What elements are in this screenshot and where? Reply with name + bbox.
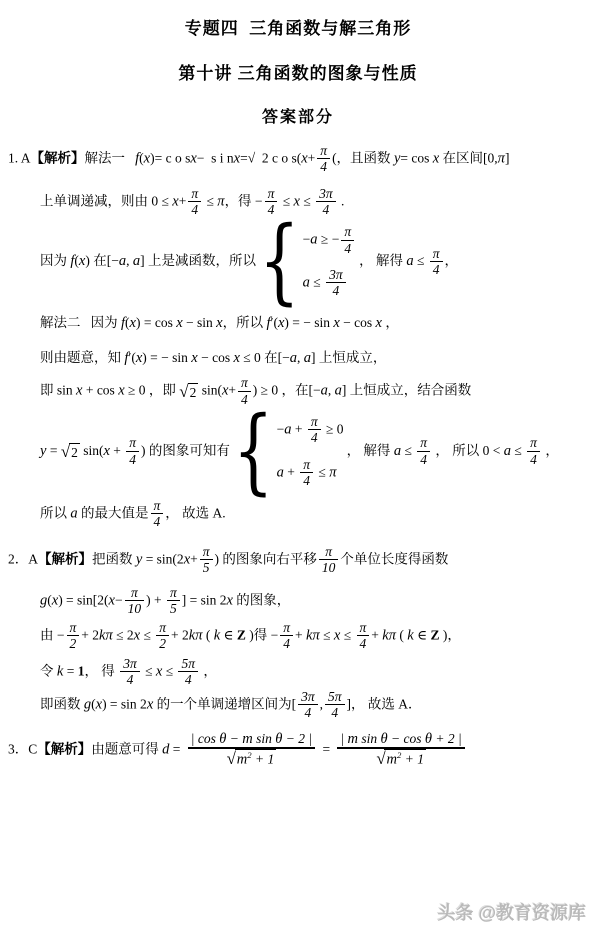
- radical: √2: [179, 383, 198, 402]
- fraction-denominator: 4: [357, 635, 370, 652]
- fraction-denominator: 4: [178, 671, 198, 688]
- text-run: ， 解得: [347, 443, 394, 458]
- fraction-numerator: π: [156, 621, 169, 635]
- fraction-denominator: √m2 + 1: [188, 747, 315, 768]
- text-run: ) 的图象向右平移: [215, 552, 317, 567]
- text-run: ≤: [340, 627, 354, 642]
- text-run: ]， 故选 A．: [347, 696, 422, 711]
- math-var: π: [217, 193, 224, 209]
- math-line: 则由题意，知 f′(x) = − sin x − cos x ≤ 0 在[−a,…: [8, 349, 592, 368]
- fraction: π4: [188, 187, 201, 218]
- text-run: − 2 |: [282, 731, 312, 746]
- text-run: ≤: [203, 193, 217, 208]
- math-var: a: [133, 253, 140, 269]
- text-run: +: [190, 552, 198, 567]
- case-row: −a + π4 ≥ 0: [277, 414, 344, 447]
- text-run: 把函数: [92, 552, 136, 567]
- math-var: π: [498, 150, 505, 166]
- math-var: a: [504, 443, 511, 459]
- text-run: ) = − sin: [142, 350, 191, 365]
- text-run: ≤: [142, 664, 156, 679]
- fraction-denominator: 4: [527, 451, 540, 468]
- fraction: π4: [308, 415, 321, 446]
- fraction-numerator: 5π: [178, 657, 198, 671]
- fraction-denominator: 4: [188, 201, 201, 218]
- text-run: ) = sin[2(: [58, 592, 108, 607]
- fraction-numerator: π: [357, 621, 370, 635]
- text-run: 则由题意，知: [40, 350, 124, 365]
- text-run: ≤: [279, 193, 293, 208]
- text-run: ≥ 0 ，即: [125, 383, 180, 398]
- text-run: 解法一: [85, 150, 136, 165]
- math-var: π: [329, 464, 336, 480]
- left-brace-icon: {: [259, 216, 300, 309]
- text-run: − cos: [340, 315, 376, 330]
- text-run: =: [46, 443, 60, 458]
- fraction-denominator: 4: [126, 451, 139, 468]
- fraction: π2: [156, 621, 169, 652]
- text-run: ， 故选 A.: [165, 505, 225, 520]
- brace-system: {−a ≥ −π4a ≤ 3π4: [259, 224, 356, 299]
- text-run: 令: [40, 664, 57, 679]
- text-run: ， 得: [84, 664, 118, 679]
- text-run: 上单调递减，则由 0 ≤: [40, 193, 172, 208]
- case-rows: −a ≥ −π4a ≤ 3π4: [303, 224, 356, 299]
- text-run: ] 上恒成立，结合函数: [342, 383, 471, 398]
- text-run: 2．A: [8, 552, 38, 567]
- text-run: − cos: [388, 731, 425, 746]
- math-var: kπ: [189, 627, 203, 643]
- text-run: =: [63, 664, 77, 679]
- text-run: ≤: [300, 193, 314, 208]
- math-var: m: [386, 751, 396, 767]
- fraction: | m sin θ − cos θ + 2 |√m2 + 1: [337, 732, 464, 768]
- fraction-numerator: π: [167, 586, 180, 600]
- text-run: ] 上恒成立，: [311, 350, 386, 365]
- text-run: −: [226, 731, 242, 746]
- fraction: π2: [67, 621, 80, 652]
- math-var: a: [303, 275, 310, 291]
- text-run: ，所以: [223, 315, 267, 330]
- fraction-numerator: π: [317, 144, 330, 158]
- math-var: a: [321, 383, 328, 399]
- fraction-numerator: π: [280, 621, 293, 635]
- text-run: 所以: [40, 505, 70, 520]
- text-run: = cos: [400, 150, 432, 165]
- text-run: 即 sin: [40, 383, 76, 398]
- text-run: ， 解得: [359, 253, 406, 268]
- fraction-denominator: √m2 + 1: [337, 747, 464, 768]
- radicand: m2 + 1: [384, 749, 426, 768]
- fraction-denominator: 4: [341, 240, 354, 257]
- text-run: .: [338, 193, 345, 208]
- case-rows: −a + π4 ≥ 0a + π4 ≤ π: [277, 414, 344, 489]
- math-var: m: [242, 731, 252, 747]
- fraction-numerator: π: [151, 499, 164, 513]
- fraction-denominator: 4: [430, 261, 443, 278]
- fraction-numerator: | m sin θ − cos θ + 2 |: [337, 732, 464, 747]
- text-run: ≤: [511, 443, 525, 458]
- text-run: ′(: [128, 350, 135, 365]
- bold-text: Z: [237, 627, 246, 642]
- fraction: 5π4: [325, 690, 345, 721]
- text-run: ) = − sin: [284, 315, 333, 330]
- brace-system: {−a + π4 ≥ 0a + π4 ≤ π: [233, 414, 344, 489]
- fraction: π4: [527, 436, 540, 467]
- text-run: 即函数: [40, 696, 84, 711]
- text-run: ,: [126, 253, 133, 268]
- fraction: π5: [167, 586, 180, 617]
- text-run: ) 的图象可知有: [141, 443, 230, 458]
- text-run: 的一个单调递增区间为[: [153, 696, 296, 711]
- bold-text: 【解析】: [38, 552, 92, 567]
- text-run: ,: [297, 350, 304, 365]
- math-var: kπ: [99, 627, 113, 643]
- math-var: m: [237, 751, 247, 767]
- section-heading: 答案部分: [0, 104, 596, 127]
- math-var: a: [290, 350, 297, 366]
- text-run: ≤ 2: [113, 627, 134, 642]
- fraction-numerator: π: [200, 545, 213, 559]
- fraction-numerator: | cos θ − m sin θ − 2 |: [188, 732, 315, 747]
- text-run: 的最大值是: [78, 505, 149, 520]
- fraction: | cos θ − m sin θ − 2 |√m2 + 1: [188, 732, 315, 768]
- text-run: − s i n: [197, 150, 234, 165]
- fraction-numerator: 5π: [325, 690, 345, 704]
- text-run: =: [319, 741, 333, 756]
- math-var: kπ: [306, 627, 320, 643]
- text-run: =: [169, 741, 183, 756]
- doc-subtitle: 第十讲 三角函数的图象与性质: [0, 59, 596, 84]
- case-row: a ≤ 3π4: [303, 267, 356, 300]
- fraction: π4: [430, 247, 443, 278]
- bold-text: 【解析】: [37, 741, 91, 756]
- math-var: kπ: [382, 627, 396, 643]
- fraction-denominator: 4: [417, 451, 430, 468]
- math-var: θ: [381, 731, 388, 747]
- text-run: ≥ 0: [323, 422, 344, 437]
- left-brace-icon: {: [233, 405, 274, 498]
- text-run: = sin(2: [142, 552, 183, 567]
- radical: √m2 + 1: [227, 749, 277, 768]
- math-var: m: [348, 731, 358, 747]
- fraction-numerator: 3π: [326, 268, 346, 282]
- fraction: π4: [126, 436, 139, 467]
- fraction-numerator: π: [319, 545, 339, 559]
- text-run: ] 上是减函数，所以: [140, 253, 256, 268]
- fraction: π4: [151, 499, 164, 530]
- text-run: 解法二 因为: [40, 315, 121, 330]
- text-run: +: [284, 464, 298, 479]
- text-run: +: [308, 150, 316, 165]
- bold-text: 【解析】: [31, 150, 85, 165]
- text-run: | cos: [191, 731, 219, 746]
- fraction-numerator: π: [341, 225, 354, 239]
- text-run: ，得 −: [225, 193, 263, 208]
- fraction: π4: [300, 458, 313, 489]
- text-run: )，: [439, 627, 460, 642]
- text-run: +: [371, 627, 382, 642]
- text-run: ，: [200, 664, 217, 679]
- math-var: a: [394, 443, 401, 459]
- radical: √m2 + 1: [376, 749, 426, 768]
- text-run: + 2 |: [432, 731, 462, 746]
- text-run: + 1: [401, 751, 424, 766]
- case-row: −a ≥ −π4: [303, 224, 356, 257]
- fraction-denominator: 2: [67, 635, 80, 652]
- math-line: g(x) = sin[2(x−π10) + π5] = sin 2x 的图象，: [8, 585, 592, 618]
- fraction-denominator: 4: [308, 429, 321, 446]
- fraction-denominator: 4: [280, 635, 293, 652]
- text-run: + 2: [81, 627, 99, 642]
- fraction: π4: [280, 621, 293, 652]
- fraction-numerator: π: [430, 247, 443, 261]
- text-run: − sin: [183, 315, 217, 330]
- text-run: ) +: [146, 592, 165, 607]
- text-run: ≤: [162, 664, 176, 679]
- text-run: (: [396, 627, 407, 642]
- solution-lines: 1. A【解析】解法一 f(x)= c o sx− s i nx=√ 2 c o…: [0, 127, 596, 770]
- fraction: 3π4: [316, 187, 336, 218]
- text-run: |: [340, 731, 347, 746]
- math-line: 即 sin x + cos x ≥ 0 ，即 √2 sin(x+π4) ≥ 0 …: [8, 375, 592, 408]
- fraction-denominator: 5: [200, 559, 213, 576]
- text-run: ) = sin 2: [102, 696, 147, 711]
- fraction-denominator: 4: [325, 704, 345, 721]
- text-run: ∈: [414, 627, 431, 642]
- fraction-numerator: π: [527, 436, 540, 450]
- fraction-denominator: 4: [326, 282, 346, 299]
- text-run: + 2: [171, 627, 189, 642]
- text-run: sin(: [198, 383, 222, 398]
- text-run: ，: [445, 253, 459, 268]
- math-var: a: [335, 383, 342, 399]
- fraction: π5: [200, 545, 213, 576]
- math-line: 由 −π2+ 2kπ ≤ 2x ≤ π2+ 2kπ ( k ∈ Z )得 −π4…: [8, 620, 592, 653]
- radical: √2: [61, 443, 80, 462]
- text-run: 的图象，: [233, 592, 290, 607]
- fraction: π10: [125, 586, 145, 617]
- fraction: 3π4: [120, 657, 140, 688]
- text-run: ≤: [320, 627, 334, 642]
- radicand: m2 + 1: [235, 749, 277, 768]
- math-line: 即函数 g(x) = sin 2x 的一个单调递增区间为[3π4,5π4]， 故…: [8, 689, 592, 722]
- text-run: ≤: [310, 275, 324, 290]
- fraction-denominator: 10: [125, 600, 145, 617]
- fraction-denominator: 4: [151, 513, 164, 530]
- math-line: 2．A【解析】把函数 y = sin(2x+π5) 的图象向右平移π10个单位长…: [8, 544, 592, 577]
- fraction-denominator: 4: [298, 704, 318, 721]
- text-run: (: [202, 627, 213, 642]
- fraction-numerator: 3π: [120, 657, 140, 671]
- math-line: y = √2 sin(x + π4) 的图象可知有{−a + π4 ≥ 0a +…: [8, 414, 592, 489]
- math-line: 所以 a 的最大值是π4， 故选 A.: [8, 498, 592, 531]
- text-run: +: [295, 627, 306, 642]
- fraction-numerator: π: [300, 458, 313, 472]
- math-var: a: [277, 464, 284, 480]
- text-run: 1. A: [8, 150, 31, 165]
- text-run: − cos: [198, 350, 234, 365]
- math-var: a: [310, 232, 317, 248]
- document-header: 专题四 三角函数与解三角形 第十讲 三角函数的图象与性质 答案部分: [0, 0, 596, 127]
- math-var: a: [284, 422, 291, 438]
- text-run: ) ≥ 0 ，在[−: [253, 383, 321, 398]
- math-var: θ: [425, 731, 432, 747]
- text-run: 因为: [40, 253, 70, 268]
- math-var: a: [406, 253, 413, 269]
- math-line: 解法二 因为 f(x) = cos x − sin x，所以 f′(x) = −…: [8, 314, 592, 333]
- fraction-numerator: π: [188, 187, 201, 201]
- fraction: π4: [317, 144, 330, 175]
- math-line: 1. A【解析】解法一 f(x)= c o sx− s i nx=√ 2 c o…: [8, 143, 592, 176]
- text-run: ≤: [401, 443, 415, 458]
- watermark-text: 头条 @教育资源库: [437, 899, 586, 925]
- text-run: sin: [253, 731, 276, 746]
- fraction: π4: [417, 436, 430, 467]
- text-run: ]: [505, 150, 510, 165]
- text-run: + cos: [82, 383, 118, 398]
- fraction-denominator: 4: [300, 472, 313, 489]
- fraction-denominator: 10: [319, 559, 339, 576]
- fraction-numerator: π: [67, 621, 80, 635]
- fraction-numerator: π: [308, 415, 321, 429]
- text-run: )得 −: [246, 627, 278, 642]
- fraction-denominator: 4: [316, 201, 336, 218]
- text-run: +: [110, 443, 124, 458]
- text-run: 由 −: [40, 627, 65, 642]
- text-run: 个单位长度得函数: [340, 552, 448, 567]
- math-line: 上单调递减，则由 0 ≤ x+π4 ≤ π，得 −π4 ≤ x ≤ 3π4 .: [8, 186, 592, 219]
- text-run: +: [228, 383, 236, 398]
- text-run: ] = sin 2: [182, 592, 227, 607]
- fraction: π10: [319, 545, 339, 576]
- text-run: ∈: [220, 627, 237, 642]
- text-run: +: [179, 193, 187, 208]
- math-var: a: [304, 350, 311, 366]
- fraction-numerator: π: [265, 187, 278, 201]
- text-run: 在区间[0,: [439, 150, 498, 165]
- text-run: ) = cos: [136, 315, 176, 330]
- text-run: ≤: [140, 627, 154, 642]
- fraction: π4: [357, 621, 370, 652]
- text-run: ) 在[−: [85, 253, 118, 268]
- text-run: =√ 2 c o s(: [240, 150, 301, 165]
- text-run: 由题意可得: [91, 741, 162, 756]
- fraction-numerator: π: [125, 586, 145, 600]
- fraction: 5π4: [178, 657, 198, 688]
- case-row: a + π4 ≤ π: [277, 457, 344, 490]
- text-run: sin: [358, 731, 381, 746]
- fraction-denominator: 2: [156, 635, 169, 652]
- fraction: 3π4: [326, 268, 346, 299]
- text-run: ≤: [315, 464, 329, 479]
- math-var: a: [119, 253, 126, 269]
- text-run: +: [292, 422, 306, 437]
- text-run: ，: [542, 443, 559, 458]
- fraction-denominator: 4: [120, 671, 140, 688]
- math-line: 因为 f(x) 在[−a, a] 上是减函数，所以{−a ≥ −π4a ≤ 3π…: [8, 224, 592, 299]
- radicand: 2: [69, 443, 80, 462]
- text-run: (，且函数: [332, 150, 394, 165]
- fraction-denominator: 4: [317, 158, 330, 175]
- text-run: ,: [328, 383, 335, 398]
- text-run: sin(: [80, 443, 104, 458]
- fraction-denominator: 5: [167, 600, 180, 617]
- fraction: π4: [341, 225, 354, 256]
- text-run: ≤: [414, 253, 428, 268]
- fraction-numerator: 3π: [298, 690, 318, 704]
- fraction: 3π4: [298, 690, 318, 721]
- text-run: )= c o s: [150, 150, 190, 165]
- fraction-numerator: π: [126, 436, 139, 450]
- text-run: 3．C: [8, 741, 37, 756]
- text-run: ≥ −: [318, 232, 340, 247]
- math-var: a: [70, 505, 77, 521]
- text-run: −: [115, 592, 123, 607]
- fraction-numerator: π: [238, 376, 251, 390]
- text-run: + 1: [252, 751, 275, 766]
- math-line: 3．C【解析】由题意可得 d = | cos θ − m sin θ − 2 |…: [8, 730, 592, 770]
- fraction-numerator: 3π: [316, 187, 336, 201]
- text-run: ≤ 0 在[−: [240, 350, 290, 365]
- doc-title: 专题四 三角函数与解三角形: [0, 0, 596, 39]
- text-run: ′(: [270, 315, 277, 330]
- text-run: ， 所以 0 <: [432, 443, 504, 458]
- answer-sheet-page: 专题四 三角函数与解三角形 第十讲 三角函数的图象与性质 答案部分 1. A【解…: [0, 0, 596, 935]
- text-run: ,: [320, 696, 323, 711]
- math-line: 令 k = 1， 得 3π4 ≤ x ≤ 5π4 ，: [8, 656, 592, 689]
- radicand: 2: [188, 383, 199, 402]
- text-run: ，: [382, 315, 399, 330]
- fraction-numerator: π: [417, 436, 430, 450]
